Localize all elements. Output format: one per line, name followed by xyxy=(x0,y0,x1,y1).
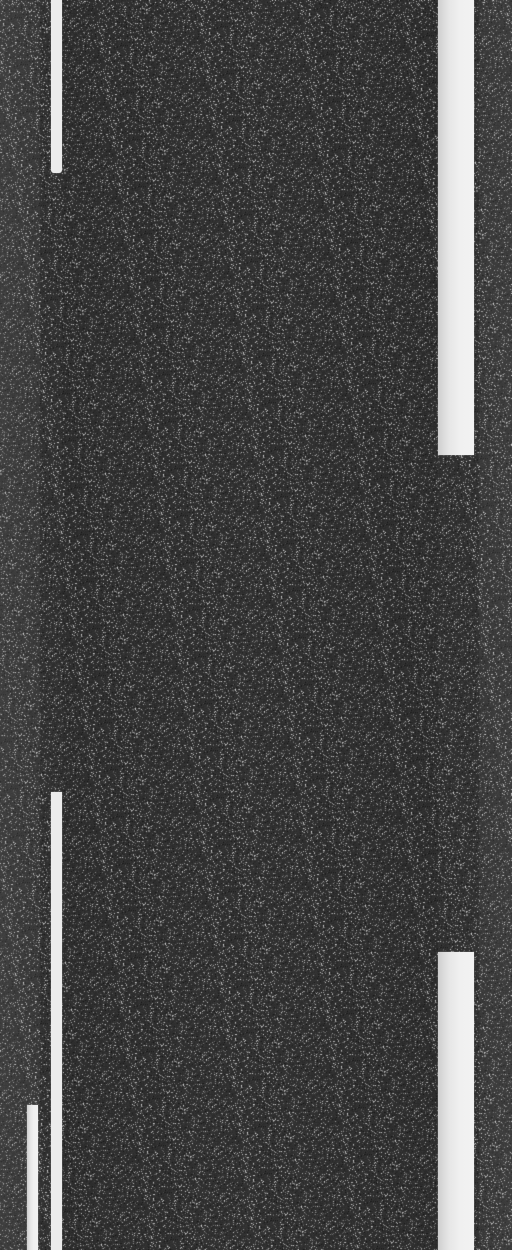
right-lane-marking-bottom xyxy=(438,952,474,1250)
left-lane-marking-bottom xyxy=(51,792,62,1250)
left-lane-marking-top xyxy=(51,0,62,173)
asphalt-texture xyxy=(0,0,512,1250)
left-edge-marking xyxy=(27,1105,38,1250)
road-scene xyxy=(0,0,512,1250)
right-lane-marking-top xyxy=(438,0,474,455)
